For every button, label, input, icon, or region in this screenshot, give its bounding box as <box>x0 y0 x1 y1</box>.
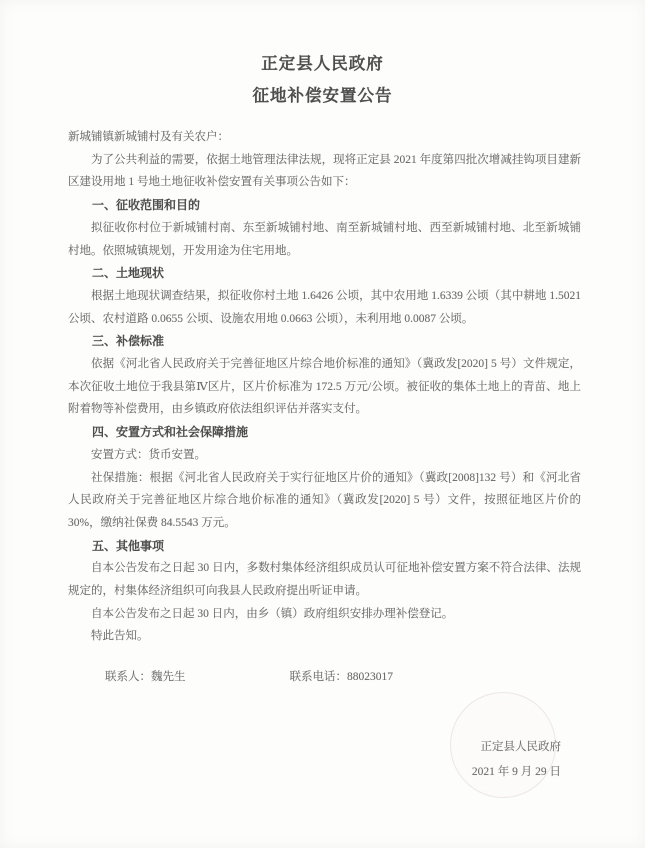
section-5-paragraph-2: 自本公告发布之日起 30 日内，由乡（镇）政府组织安排办理补偿登记。 <box>68 603 581 626</box>
intro-paragraph: 为了公共利益的需要，依据土地管理法律法规，现将正定县 2021 年度第四批次增减… <box>68 149 581 194</box>
contact-person-label: 联系人： <box>105 671 151 683</box>
section-3-heading: 三、补偿标准 <box>68 330 581 353</box>
contact-phone-value: 88023017 <box>347 671 393 683</box>
salutation: 新城铺镇新城铺村及有关农户： <box>68 126 581 149</box>
title-line-announcement: 征地补偿安置公告 <box>0 80 645 112</box>
section-4-paragraph-2: 社保措施：根据《河北省人民政府关于实行征地区片价的通知》（冀政[2008]132… <box>68 467 581 535</box>
contact-phone: 联系电话：88023017 <box>290 666 394 689</box>
section-5-paragraph-3: 特此告知。 <box>68 625 581 648</box>
section-1-heading: 一、征收范围和目的 <box>68 194 581 217</box>
document-body: 新城铺镇新城铺村及有关农户： 为了公共利益的需要，依据土地管理法律法规，现将正定… <box>68 126 581 785</box>
section-5-paragraph-1: 自本公告发布之日起 30 日内，多数村集体经济组织成员认可征地补偿安置方案不符合… <box>68 557 581 602</box>
contact-person: 联系人：魏先生 <box>105 666 186 689</box>
official-seal-outline <box>450 692 556 798</box>
title-line-government: 正定县人民政府 <box>0 48 645 80</box>
contact-row: 联系人：魏先生 联系电话：88023017 <box>68 666 581 689</box>
section-4-paragraph-1: 安置方式：货币安置。 <box>68 444 581 467</box>
section-5-heading: 五、其他事项 <box>68 535 581 558</box>
section-2-paragraph-1: 根据土地现状调查结果，拟征收你村土地 1.6426 公顷，其中农用地 1.633… <box>68 285 581 330</box>
contact-person-value: 魏先生 <box>151 671 186 683</box>
section-4-heading: 四、安置方式和社会保障措施 <box>68 421 581 444</box>
section-3-paragraph-1: 依据《河北省人民政府关于完善征地区片综合地价标准的通知》（冀政发[2020] 5… <box>68 353 581 421</box>
document-title: 正定县人民政府 征地补偿安置公告 <box>0 48 645 112</box>
scanned-document-page: 正定县人民政府 征地补偿安置公告 新城铺镇新城铺村及有关农户： 为了公共利益的需… <box>0 0 645 848</box>
contact-phone-label: 联系电话： <box>290 671 348 683</box>
section-1-paragraph-1: 拟征收你村位于新城铺村南、东至新城铺村地、南至新城铺村地、西至新城铺村地、北至新… <box>68 217 581 262</box>
section-2-heading: 二、土地现状 <box>68 262 581 285</box>
